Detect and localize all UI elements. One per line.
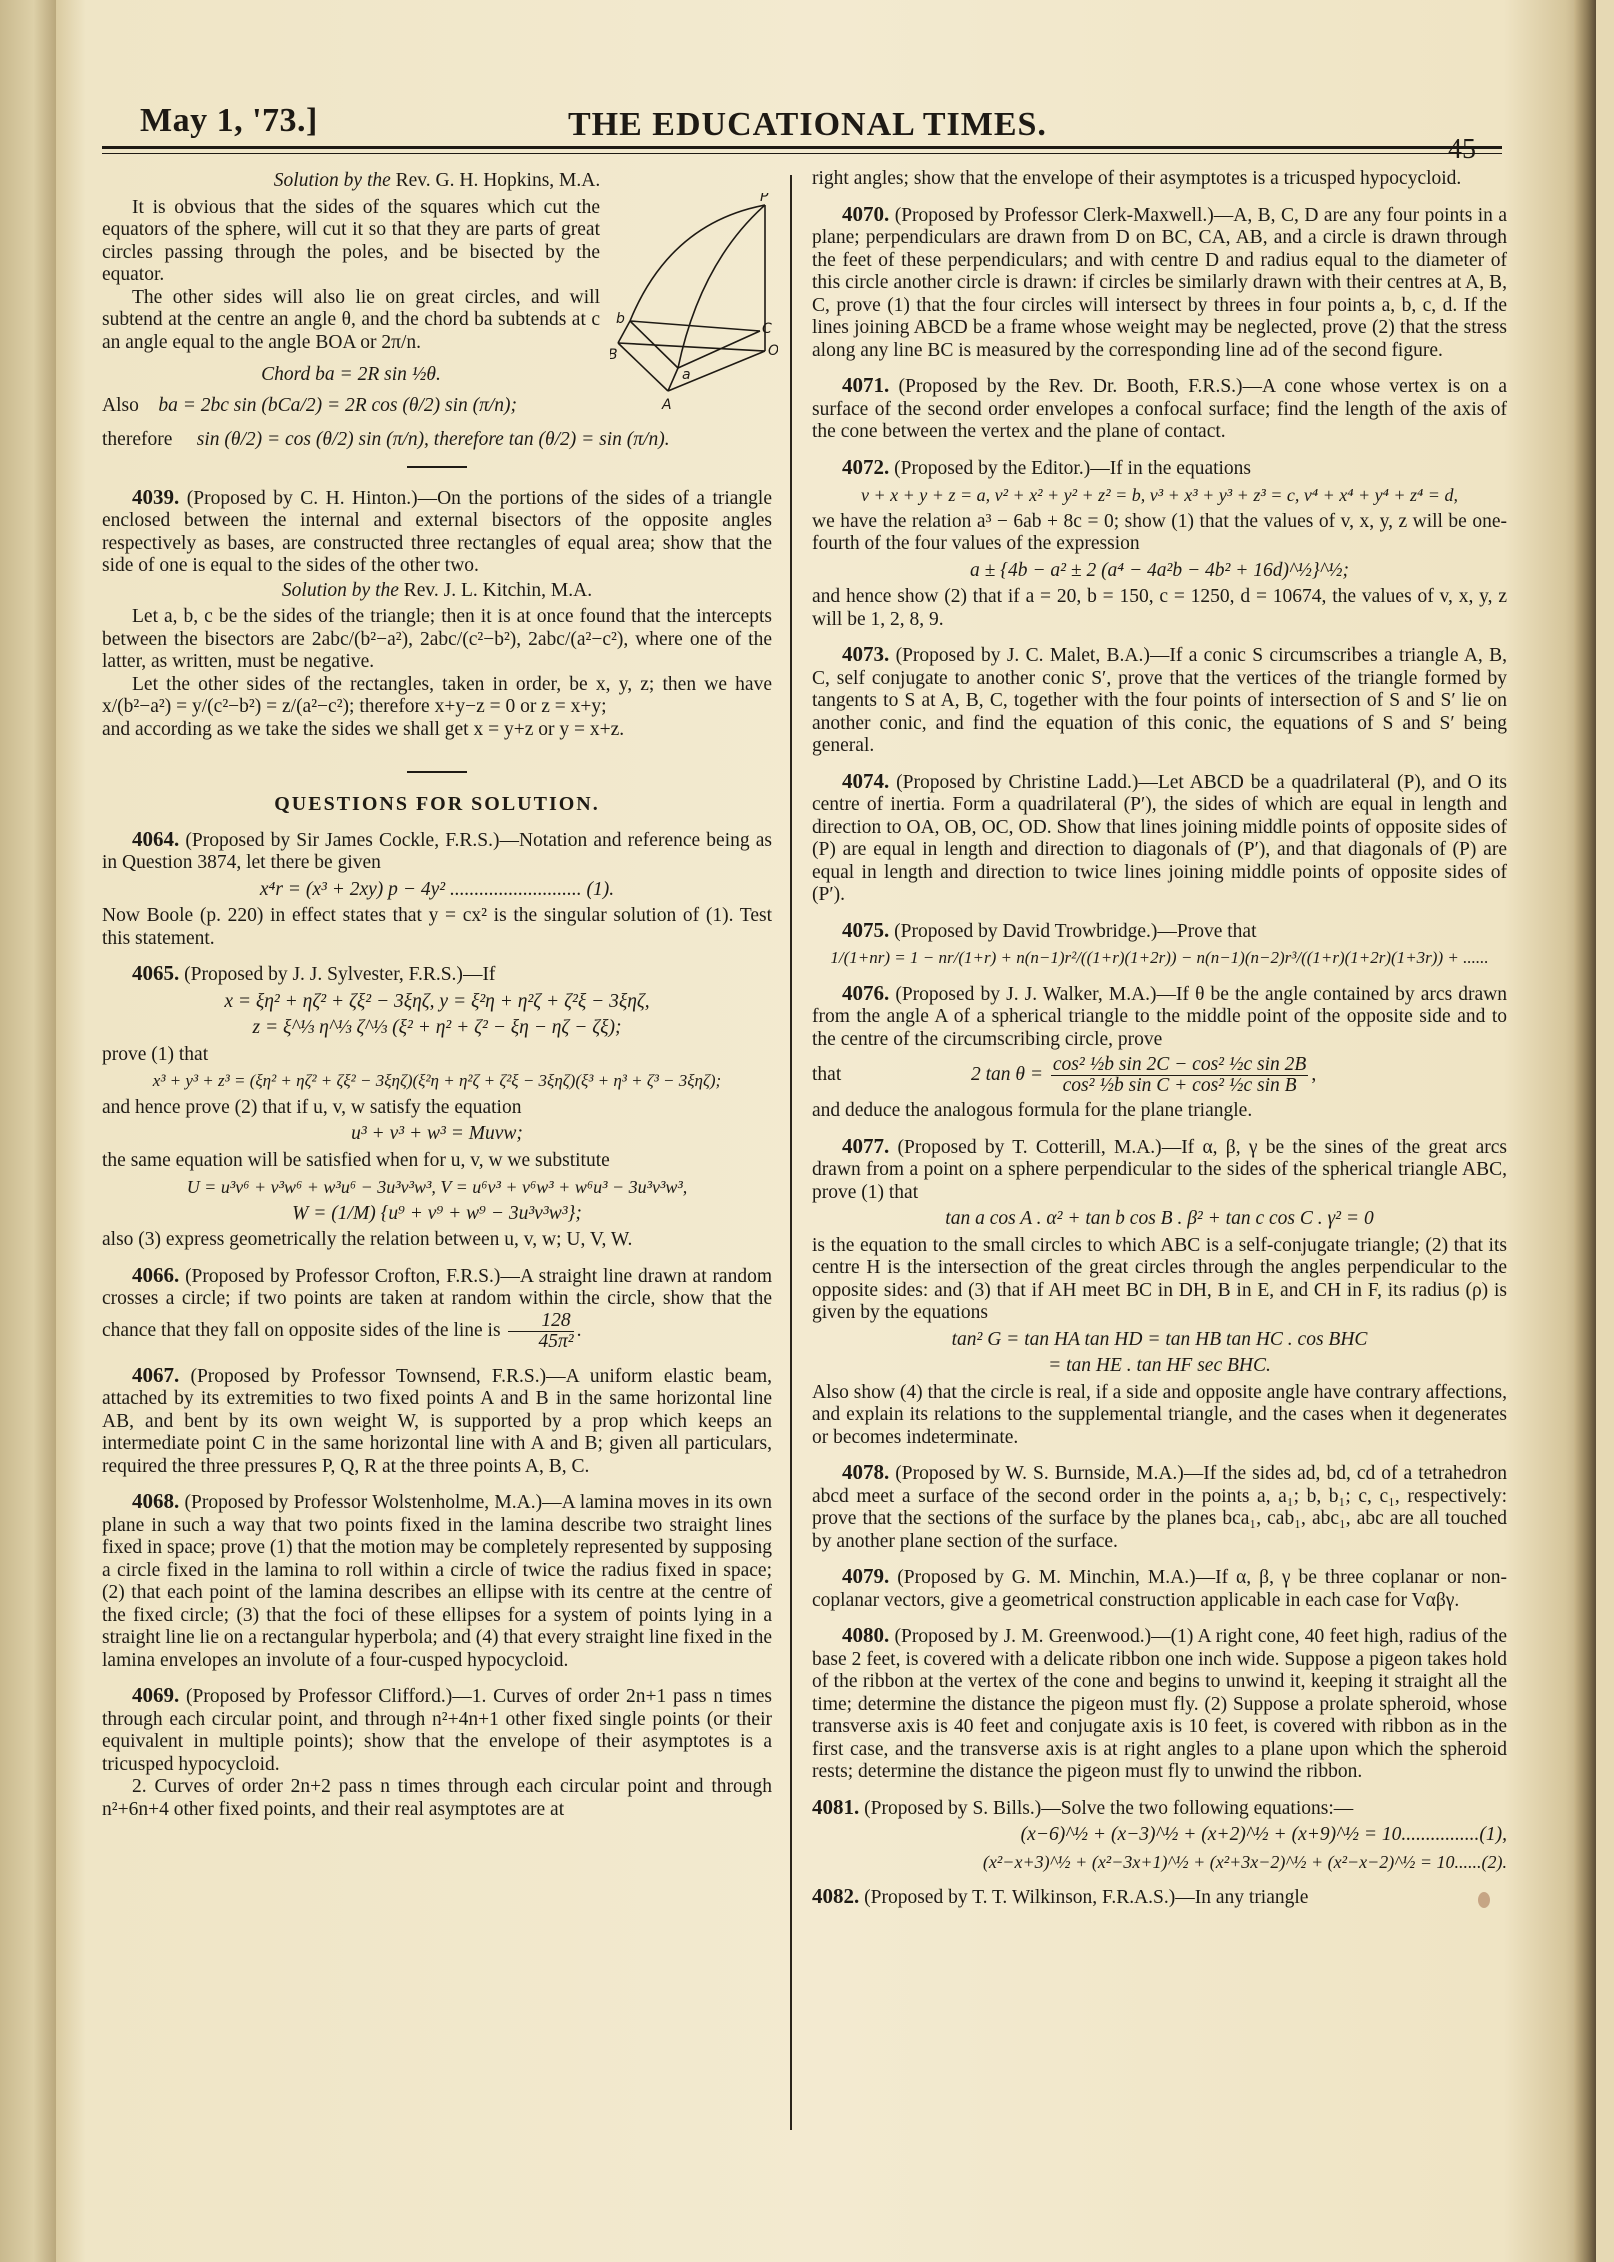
question-4077-text3: Also show (4) that the circle is real, i… [812, 1382, 1507, 1450]
right-column: right angles; show that the envelope of … [812, 168, 1507, 1910]
question-4065-text5: also (3) express geometrically the relat… [102, 1229, 772, 1252]
paper-stain [1478, 1892, 1490, 1908]
question-4065-text2: prove (1) that [102, 1044, 772, 1067]
equation-4065-1: x = ξη² + ηζ² + ζξ² − 3ξηζ, y = ξ²η + η²… [102, 991, 772, 1014]
question-4065: 4065. (Proposed by J. J. Sylvester, F.R.… [102, 962, 772, 987]
question-4068: 4068. (Proposed by Professor Wolstenholm… [102, 1490, 772, 1672]
question-4072-text3: and hence show (2) that if a = 20, b = 1… [812, 586, 1507, 631]
kitchin-para-3: and according as we take the sides we sh… [102, 719, 772, 742]
label-A: A [661, 397, 672, 413]
equation-4065-5: U = u³v⁶ + v³w⁶ + w³u⁶ − 3u³v³w³, V = u⁶… [102, 1176, 772, 1199]
question-4073: 4073. (Proposed by J. C. Malet, B.A.)—If… [812, 643, 1507, 758]
header-rule-thin [102, 153, 1502, 154]
equation-4077-2: tan² G = tan HA tan HD = tan HB tan HC .… [812, 1329, 1507, 1352]
issue-date: May 1, '73.] [140, 102, 318, 140]
question-4074: 4074. (Proposed by Christine Ladd.)—Let … [812, 770, 1507, 907]
label-a: a [682, 367, 691, 383]
question-4065-text3: and hence prove (2) that if u, v, w sati… [102, 1097, 772, 1120]
fraction-128-over-45pi2: 128 45π² [508, 1311, 573, 1352]
label-b: b [616, 311, 625, 327]
equation-4065-6: W = (1/M) {u⁹ + v⁹ + w⁹ − 3u³v³w³}; [102, 1203, 772, 1226]
question-4080: 4080. (Proposed by J. M. Greenwood.)—(1)… [812, 1624, 1507, 1784]
question-4069-part2: 2. Curves of order 2n+2 pass n times thr… [102, 1776, 772, 1821]
equation-4065-2: z = ξ^⅓ η^⅓ ζ^⅓ (ξ² + η² + ζ² − ξη − ηζ … [102, 1017, 772, 1040]
question-4039: 4039. (Proposed by C. H. Hinton.)—On the… [102, 486, 772, 578]
question-4082: 4082. (Proposed by T. T. Wilkinson, F.R.… [812, 1885, 1507, 1910]
question-4076-text2: and deduce the analogous formula for the… [812, 1100, 1507, 1123]
equation-4077-3: = tan HE . tan HF sec BHC. [812, 1355, 1507, 1378]
question-4064-cont: Now Boole (p. 220) in effect states that… [102, 905, 772, 950]
section-separator [407, 771, 467, 773]
question-4077: 4077. (Proposed by T. Cotterill, M.A.)—I… [812, 1135, 1507, 1205]
equation-4081-1: (x−6)^½ + (x−3)^½ + (x+2)^½ + (x+9)^½ = … [812, 1824, 1507, 1847]
kitchin-para-1: Let a, b, c be the sides of the triangle… [102, 606, 772, 674]
question-4079: 4079. (Proposed by G. M. Minchin, M.A.)—… [812, 1565, 1507, 1612]
equation-4075: 1/(1+nr) = 1 − nr/(1+r) + n(n−1)r²/((1+r… [812, 947, 1507, 970]
label-O: O [768, 343, 778, 359]
section-heading-questions: QUESTIONS FOR SOLUTION. [102, 793, 772, 816]
question-4077-text2: is the equation to the small circles to … [812, 1235, 1507, 1325]
equation-4064: x⁴r = (x³ + 2xy) p − 4y² ...............… [102, 879, 772, 902]
publication-title: THE EDUCATIONAL TIMES. [568, 106, 1047, 144]
question-4075: 4075. (Proposed by David Trowbridge.)—Pr… [812, 919, 1507, 944]
question-4069-continued: right angles; show that the envelope of … [812, 168, 1507, 191]
spherical-geometry-diagram: P b C B O a A [610, 193, 778, 413]
equation-4072-2: a ± {4b − a² ± 2 (a⁴ − 4a²b − 4b² + 16d)… [812, 560, 1507, 583]
label-P: P [760, 193, 769, 205]
section-separator [407, 466, 467, 468]
question-4071: 4071. (Proposed by the Rev. Dr. Booth, F… [812, 374, 1507, 444]
equation-4077-1: tan a cos A . α² + tan b cos B . β² + ta… [812, 1208, 1507, 1231]
question-4072-text2: we have the relation a³ − 6ab + 8c = 0; … [812, 511, 1507, 556]
question-4078: 4078. (Proposed by W. S. Burnside, M.A.)… [812, 1461, 1507, 1553]
question-4065-text4: the same equation will be satisfied when… [102, 1150, 772, 1173]
page-number: 45 [1448, 134, 1476, 166]
question-4072: 4072. (Proposed by the Editor.)—If in th… [812, 456, 1507, 481]
question-4076: 4076. (Proposed by J. J. Walker, M.A.)—I… [812, 982, 1507, 1052]
page-edge-shadow [1574, 0, 1596, 2262]
question-4066: 4066. (Proposed by Professor Crofton, F.… [102, 1264, 772, 1352]
label-B: B [610, 347, 618, 363]
question-4064: 4064. (Proposed by Sir James Cockle, F.R… [102, 828, 772, 875]
column-divider [790, 175, 792, 2130]
equation-therefore-line: therefore sin (θ/2) = cos (θ/2) sin (π/n… [102, 429, 772, 452]
fraction-4076: cos² ½b sin 2C − cos² ½c sin 2B cos² ½b … [1051, 1055, 1308, 1096]
equation-4065-4: u³ + v³ + w³ = Muvw; [102, 1123, 772, 1146]
label-C: C [762, 321, 772, 337]
solution-byline-kitchin: Solution by the Rev. J. L. Kitchin, M.A. [102, 580, 772, 603]
question-4067: 4067. (Proposed by Professor Townsend, F… [102, 1364, 772, 1479]
equation-4065-3: x³ + y³ + z³ = (ξη² + ηζ² + ζξ² − 3ξηζ)(… [102, 1070, 772, 1093]
equation-4072-1: v + x + y + z = a, v² + x² + y² + z² = b… [812, 484, 1507, 507]
book-binding-gutter [0, 0, 56, 2262]
header-rule [102, 146, 1502, 149]
equation-4081-2: (x²−x+3)^½ + (x²−3x+1)^½ + (x²+3x−2)^½ +… [812, 1851, 1507, 1874]
question-4070: 4070. (Proposed by Professor Clerk-Maxwe… [812, 203, 1507, 363]
question-4069: 4069. (Proposed by Professor Clifford.)—… [102, 1684, 772, 1776]
question-4081: 4081. (Proposed by S. Bills.)—Solve the … [812, 1796, 1507, 1821]
equation-4076: that 2 tan θ = cos² ½b sin 2C − cos² ½c … [812, 1055, 1507, 1096]
left-column: Solution by the Rev. G. H. Hopkins, M.A.… [102, 168, 772, 1821]
kitchin-para-2: Let the other sides of the rectangles, t… [102, 674, 772, 719]
solution-byline-hopkins: Solution by the Rev. G. H. Hopkins, M.A. [102, 170, 772, 193]
page-header: May 1, '73.] THE EDUCATIONAL TIMES. 45 [102, 98, 1482, 158]
